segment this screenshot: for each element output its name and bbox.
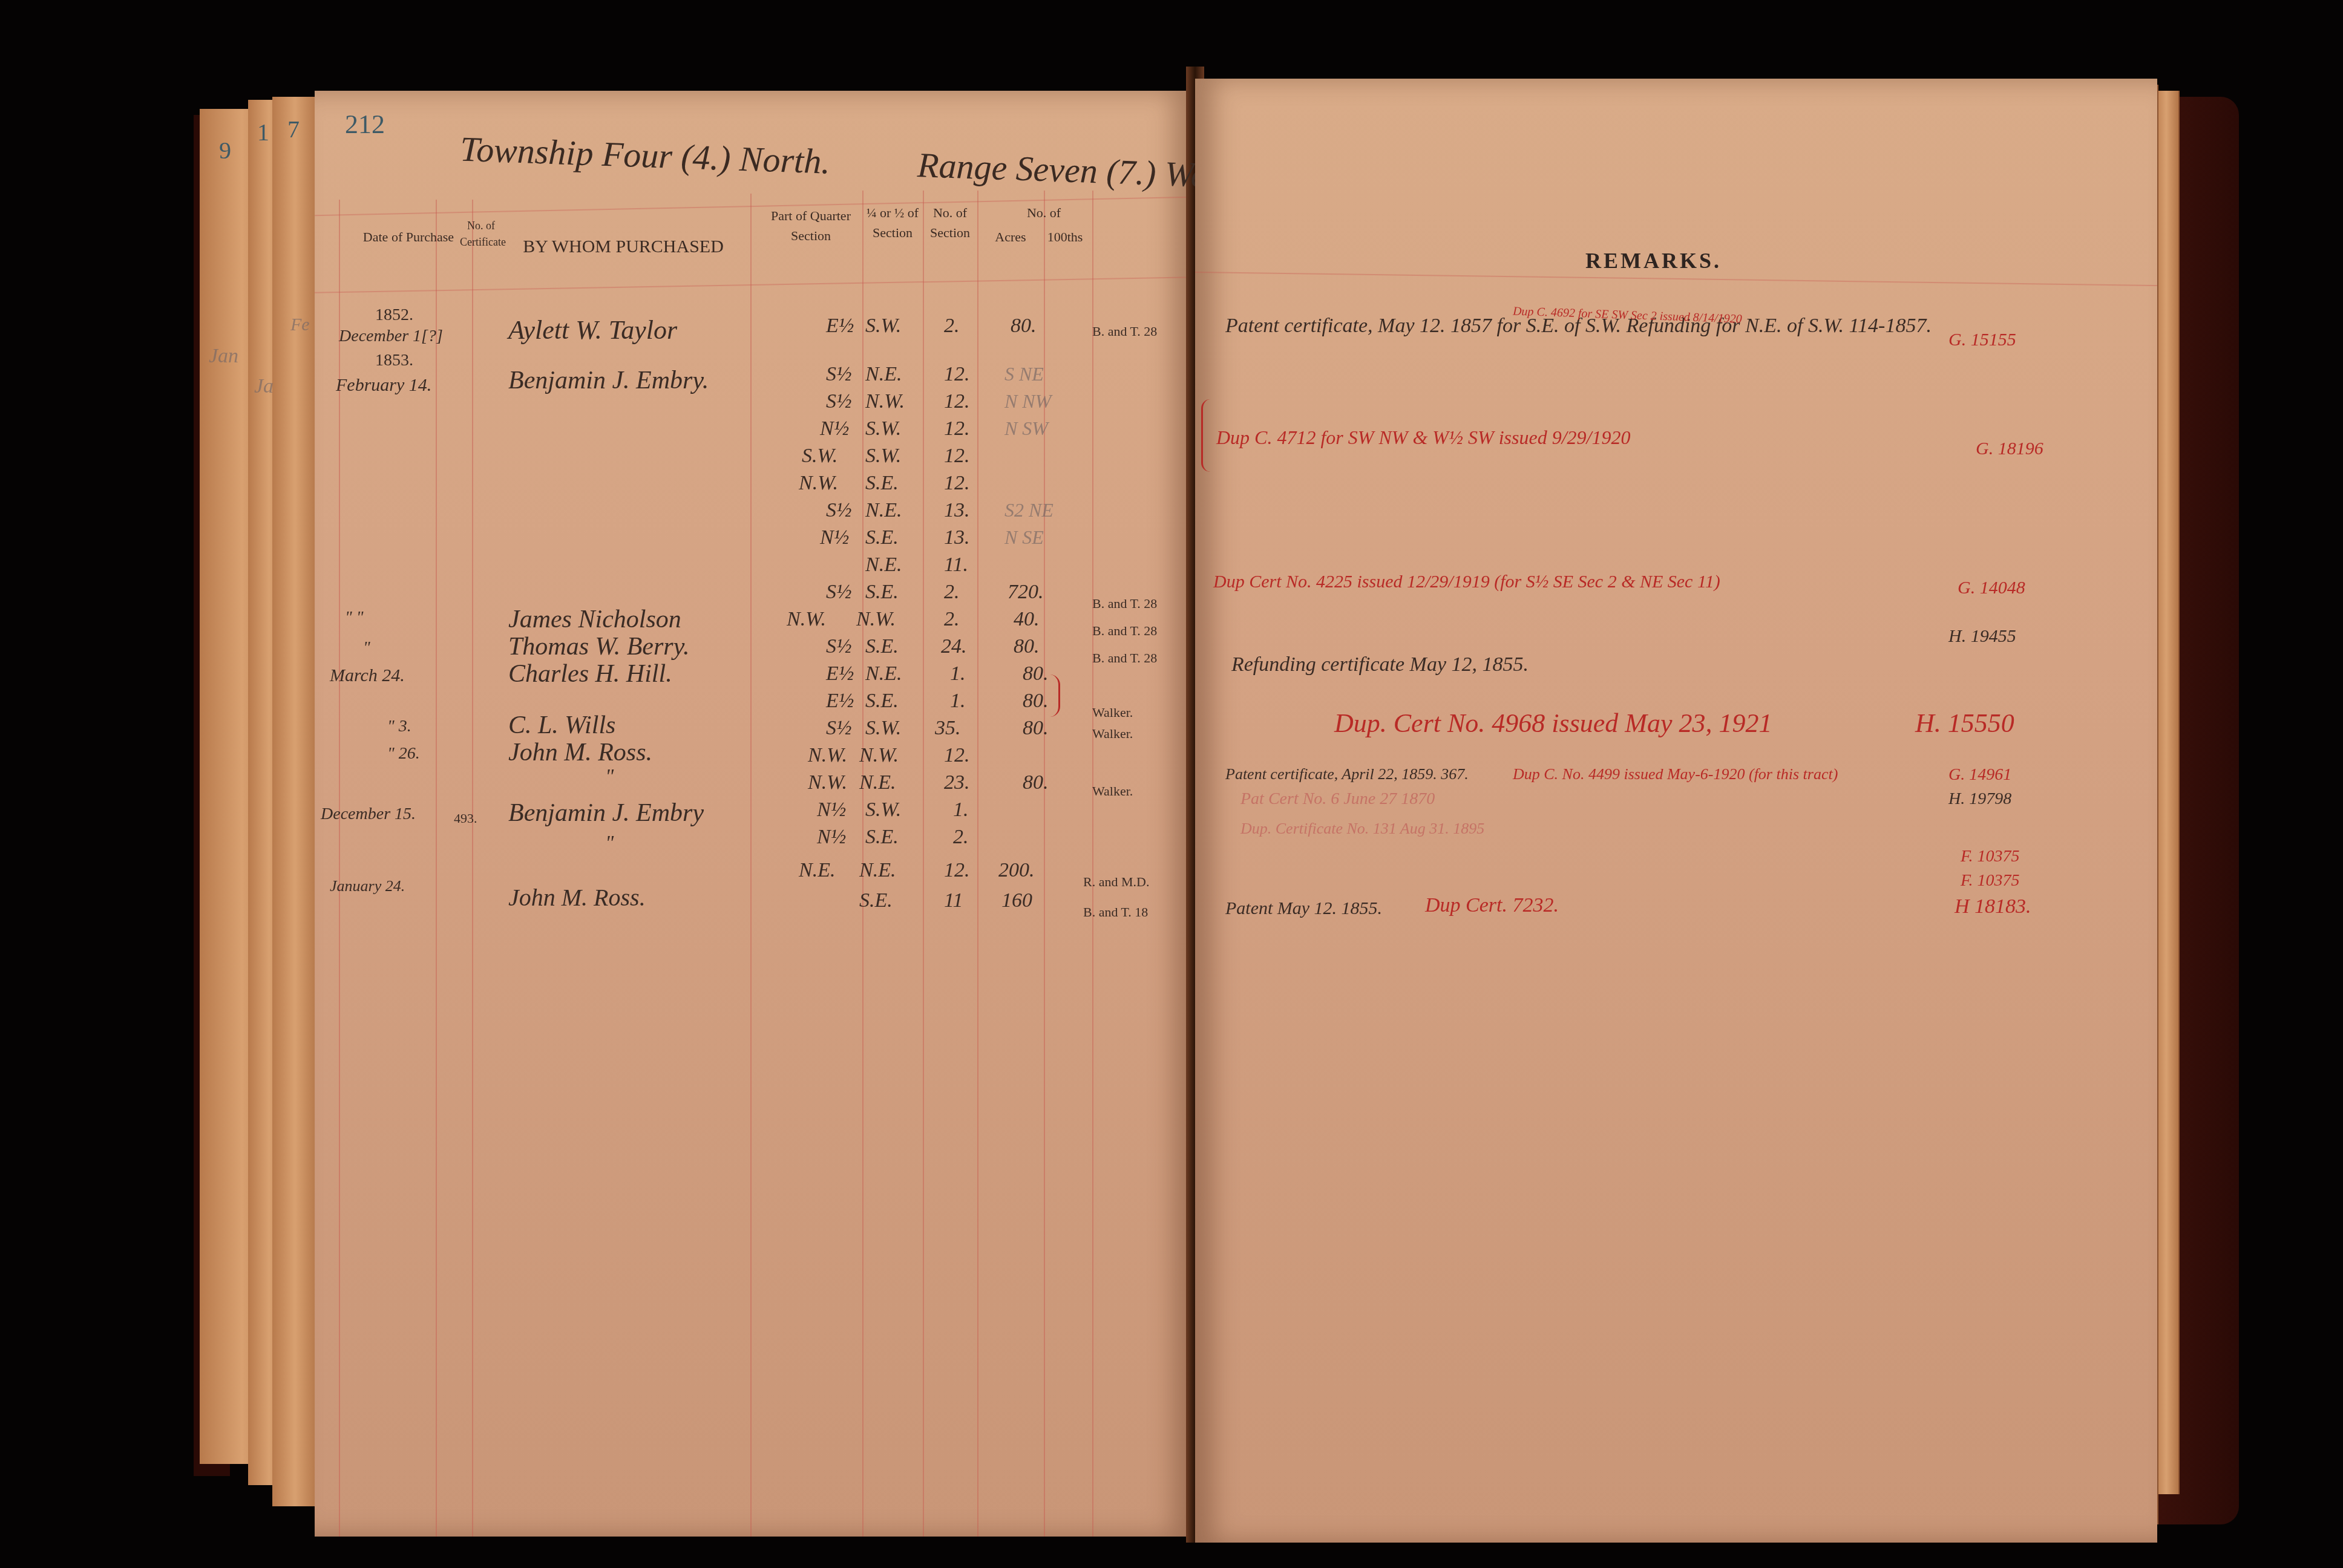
row-pencil-note: S NE: [1004, 363, 1044, 385]
row-part: S½: [826, 635, 852, 658]
row-section: 23.: [944, 771, 970, 794]
row-quarter: S.E.: [865, 635, 899, 658]
underlying-page-edge: [272, 97, 319, 1506]
remark-red: Dup C. 4712 for SW NW & W½ SW issued 9/2…: [1216, 426, 1630, 449]
row-purchaser-ditto: ": [605, 765, 614, 788]
row-part: S½: [826, 363, 852, 386]
column-rule: [1092, 191, 1093, 1537]
row-quarter: S.E.: [865, 581, 899, 604]
row-quarter: S.E.: [865, 690, 899, 713]
row-section: 2.: [944, 315, 960, 338]
remark: Patent May 12. 1855.: [1225, 898, 1382, 919]
left-ledger-page: [315, 91, 1192, 1537]
row-part: N½: [820, 417, 849, 440]
row-quarter: N.W.: [859, 744, 899, 767]
file-ref: H. 19798: [1948, 789, 2011, 809]
remark-red: Dup Cert. 7232.: [1425, 894, 1559, 917]
year-label: 1853.: [375, 351, 413, 370]
header-acres-group: No. of: [998, 203, 1089, 223]
row-pencil-note: N NW: [1004, 390, 1051, 413]
header-section-no: No. of Section: [923, 203, 977, 243]
row-section: 1.: [950, 662, 966, 685]
row-quarter: S.W.: [865, 315, 901, 338]
row-purchaser: John M. Ross.: [508, 738, 652, 767]
row-quarter: N.W.: [856, 608, 896, 631]
header-quarter-of-section: ¼ or ½ of Section: [865, 203, 920, 243]
row-part: E½: [826, 315, 854, 338]
row-pencil-note: N SE: [1004, 526, 1044, 549]
row-note: R. and M.D.: [1083, 874, 1149, 890]
row-note: Walker.: [1092, 726, 1133, 742]
row-note: B. and T. 28: [1092, 596, 1157, 612]
row-quarter: S.E.: [865, 826, 899, 849]
row-date: December 15.: [321, 805, 416, 824]
row-purchaser: Thomas W. Berry.: [508, 632, 689, 661]
row-acres: 160: [1001, 889, 1032, 912]
row-date: " ": [345, 608, 364, 627]
remark-red: Dup Cert No. 4225 issued 12/29/1919 (for…: [1213, 572, 1720, 592]
remark-faint: Dup. Certificate No. 131 Aug 31. 1895: [1240, 820, 1484, 838]
row-acres: 200.: [998, 859, 1035, 882]
row-part: E½: [826, 662, 854, 685]
row-part: N.E.: [799, 859, 835, 882]
row-acres: 720.: [1008, 581, 1044, 604]
row-section: 12.: [944, 445, 970, 468]
row-section: 2.: [953, 826, 969, 849]
page-tab: 7: [287, 115, 300, 143]
file-ref: G. 15155: [1948, 330, 2016, 350]
row-section: 12.: [944, 744, 970, 767]
row-part: N.W.: [799, 472, 838, 495]
row-section: 12.: [944, 363, 970, 386]
header-date: Date of Purchase: [357, 227, 460, 247]
row-acres: 80.: [1023, 690, 1049, 713]
row-quarter: S.W.: [865, 445, 901, 468]
file-ref: H. 15550: [1915, 708, 2014, 739]
row-date: March 24.: [330, 665, 405, 686]
page-tab: 9: [219, 136, 231, 165]
row-part: N½: [817, 826, 846, 849]
row-purchaser: Benjamin J. Embry.: [508, 366, 709, 395]
row-part: S½: [826, 717, 852, 740]
row-date: ": [363, 638, 370, 658]
header-rule: [1195, 272, 2157, 286]
row-date: " 26.: [387, 744, 420, 763]
row-purchaser: Charles H. Hill.: [508, 659, 672, 688]
remark-red: Dup C. No. 4499 issued May-6-1920 (for t…: [1513, 765, 1838, 783]
row-note: Walker.: [1092, 783, 1133, 799]
header-certificate: No. of Certificate: [460, 218, 502, 250]
row-pencil-note: N SW: [1004, 417, 1048, 440]
row-part: N.W.: [787, 608, 826, 631]
row-quarter: S.E.: [865, 472, 899, 495]
row-section: 1.: [953, 799, 969, 822]
column-rule: [923, 191, 924, 1537]
row-quarter: N.E.: [859, 859, 896, 882]
remark-faint: Pat Cert No. 6 June 27 1870: [1240, 789, 1435, 809]
year-label: 1852.: [375, 305, 413, 325]
row-quarter: S.W.: [865, 799, 901, 822]
row-note: B. and T. 28: [1092, 623, 1157, 639]
row-acres: 80.: [1023, 717, 1049, 740]
row-purchaser: Benjamin J. Embry: [508, 799, 704, 828]
row-section: 2.: [944, 608, 960, 631]
header-purchaser: BY WHOM PURCHASED: [517, 233, 729, 260]
row-part: N.W.: [808, 744, 847, 767]
row-quarter: N.E.: [865, 554, 902, 577]
row-pencil-note: S2 NE: [1004, 499, 1054, 521]
row-section: 13.: [944, 526, 970, 549]
row-section: 12.: [944, 472, 970, 495]
remark-red: Dup. Cert No. 4968 issued May 23, 1921: [1334, 708, 1772, 739]
row-section: 24.: [941, 635, 967, 658]
row-section: 12.: [944, 417, 970, 440]
column-rule: [436, 200, 437, 1537]
row-quarter: S.W.: [865, 417, 901, 440]
remark: Refunding certificate May 12, 1855.: [1231, 653, 1529, 676]
row-part: S½: [826, 581, 852, 604]
row-section: 11: [944, 889, 963, 912]
row-acres: 80.: [1023, 771, 1049, 794]
header-hundredths: 100ths: [1041, 227, 1089, 247]
row-acres: 80.: [1011, 315, 1037, 338]
margin-text: Ja: [254, 375, 274, 398]
row-date: February 14.: [336, 375, 431, 396]
column-rule: [750, 194, 752, 1537]
row-section: 13.: [944, 499, 970, 522]
row-quarter: N.E.: [865, 363, 902, 386]
remark: Patent certificate, April 22, 1859. 367.: [1225, 765, 1469, 783]
row-quarter: S.E.: [859, 889, 893, 912]
column-rule: [472, 200, 473, 1537]
row-date: December 1[?]: [339, 327, 443, 346]
row-purchaser: James Nicholson: [508, 605, 681, 634]
header-rule: [315, 276, 1192, 293]
row-date: January 24.: [330, 877, 405, 895]
column-rule: [977, 191, 978, 1537]
row-part: E½: [826, 690, 854, 713]
margin-text: Fe: [290, 315, 310, 335]
row-part: N½: [817, 799, 846, 822]
row-certificate: 493.: [454, 811, 477, 826]
row-section: 11.: [944, 554, 968, 577]
right-remarks-page: [1195, 79, 2157, 1543]
file-ref: G. 14961: [1948, 765, 2011, 785]
row-purchaser: Aylett W. Taylor: [508, 315, 677, 345]
row-acres: 80.: [1014, 635, 1040, 658]
row-purchaser: C. L. Wills: [508, 711, 615, 740]
row-quarter: N.E.: [859, 771, 896, 794]
row-date: " 3.: [387, 717, 411, 736]
remarks-header: REMARKS.: [1585, 248, 1722, 273]
row-quarter: N.E.: [865, 499, 902, 522]
file-ref: G. 18196: [1976, 439, 2043, 459]
header-part-of-quarter: Part of Quarter Section: [759, 206, 862, 246]
row-note: B. and T. 28: [1092, 650, 1157, 666]
row-quarter: S.E.: [865, 526, 899, 549]
row-acres: 80.: [1023, 662, 1049, 685]
row-purchaser-ditto: ": [605, 832, 614, 855]
file-ref: H. 19455: [1948, 626, 2016, 647]
file-ref: F. 10375: [1961, 847, 2020, 866]
row-section: 35.: [935, 717, 961, 740]
row-part: N½: [820, 526, 849, 549]
row-acres: 40.: [1014, 608, 1040, 631]
file-ref: G. 14048: [1958, 578, 2025, 598]
file-ref: H 18183.: [1955, 895, 2031, 918]
header-acres: Acres: [980, 227, 1041, 247]
column-rule: [339, 200, 340, 1537]
row-section: 1.: [950, 690, 966, 713]
row-quarter: N.W.: [865, 390, 905, 413]
row-part: N.W.: [808, 771, 847, 794]
file-ref: F. 10375: [1961, 871, 2020, 890]
page-tab: 1: [257, 118, 269, 146]
row-quarter: N.E.: [865, 662, 902, 685]
row-section: 12.: [944, 859, 970, 882]
brace-mark: [1201, 399, 1210, 472]
row-part: S½: [826, 499, 852, 522]
row-section: 12.: [944, 390, 970, 413]
row-part: S.W.: [802, 445, 837, 468]
row-section: 2.: [944, 581, 960, 604]
page-number: 212: [345, 109, 385, 140]
bracket-mark: [1050, 675, 1060, 717]
margin-text: Jan: [209, 345, 238, 368]
row-part: S½: [826, 390, 852, 413]
row-purchaser: John M. Ross.: [508, 883, 646, 912]
row-quarter: S.W.: [865, 717, 901, 740]
row-note: B. and T. 18: [1083, 904, 1148, 920]
row-note: Walker.: [1092, 705, 1133, 720]
row-note: B. and T. 28: [1092, 324, 1157, 339]
